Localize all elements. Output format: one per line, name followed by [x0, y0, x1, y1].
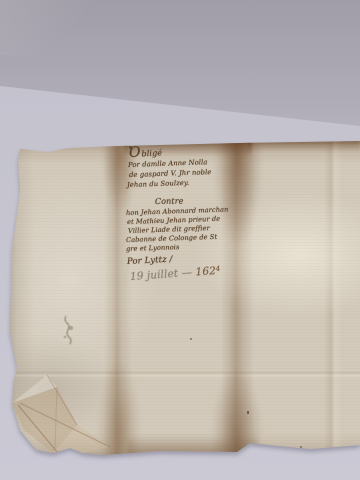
date-dash: —	[181, 267, 192, 280]
handwriting-note: Por Lyttz /	[127, 255, 173, 267]
handwriting-line: de gaspard V. Jhr noble	[129, 168, 212, 179]
handwriting-block: Obligé Por damlle Anne Nolla de gaspard …	[8, 140, 360, 458]
manuscript-paper: Obligé Por damlle Anne Nolla de gaspard …	[8, 140, 360, 458]
date-line: 19 juillet — 1624	[130, 265, 221, 283]
handwriting-line: gre et Lyonnois	[126, 243, 180, 253]
date-year-digit: 4	[215, 265, 220, 273]
date-text: 19 juillet	[130, 268, 179, 283]
handwriting-subheading: Contre	[155, 197, 184, 206]
handwriting-heading: Obligé	[129, 143, 163, 161]
handwriting-line: Por damlle Anne Nolla	[128, 158, 208, 169]
backdrop-corner-sheen	[0, 0, 90, 55]
date-year: 162	[195, 265, 216, 278]
photograph: Obligé Por damlle Anne Nolla de gaspard …	[0, 0, 360, 480]
handwriting-line: Jehan du Soulzey.	[127, 179, 190, 189]
manuscript-paper-wrap: Obligé Por damlle Anne Nolla de gaspard …	[8, 140, 360, 458]
